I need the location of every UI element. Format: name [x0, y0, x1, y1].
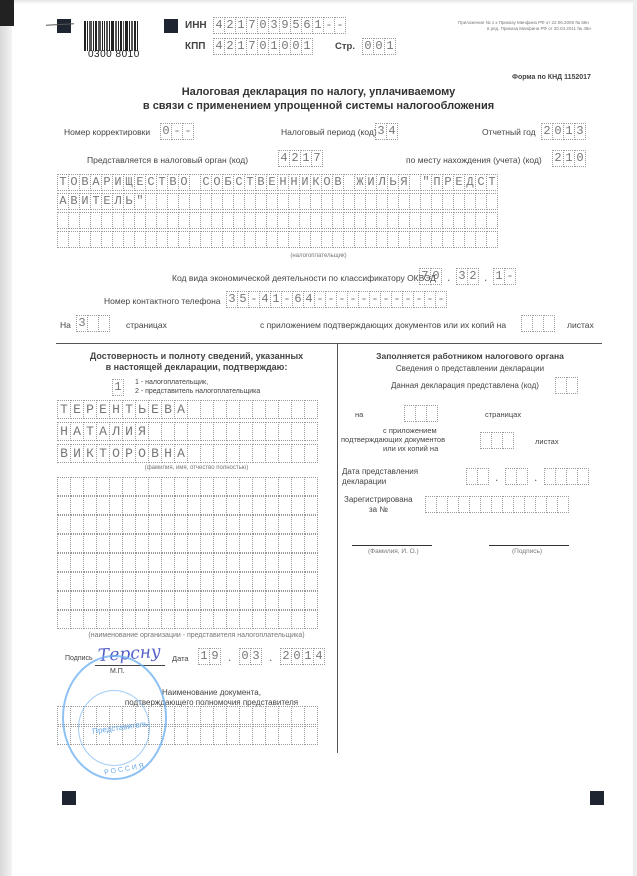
- input-cell[interactable]: [239, 515, 253, 534]
- input-cell[interactable]: [213, 422, 227, 441]
- input-cell[interactable]: [252, 610, 266, 629]
- input-cell[interactable]: [200, 572, 214, 591]
- input-cell[interactable]: [265, 591, 279, 610]
- input-cell[interactable]: [174, 572, 188, 591]
- input-cell[interactable]: Р: [122, 444, 136, 463]
- input-cell[interactable]: [239, 610, 253, 629]
- input-cell[interactable]: [239, 422, 253, 441]
- kpp-field[interactable]: 421701001: [213, 38, 312, 55]
- input-cell[interactable]: [174, 534, 188, 553]
- input-cell[interactable]: [70, 477, 84, 496]
- input-cell[interactable]: Л: [109, 422, 123, 441]
- input-cell[interactable]: [96, 477, 110, 496]
- input-cell[interactable]: [83, 515, 97, 534]
- input-cell[interactable]: [486, 231, 498, 248]
- input-cell[interactable]: [213, 572, 227, 591]
- input-cell[interactable]: Т: [96, 444, 110, 463]
- input-cell[interactable]: [200, 422, 214, 441]
- input-cell[interactable]: [226, 422, 240, 441]
- input-cell[interactable]: [226, 726, 240, 745]
- input-cell[interactable]: [122, 572, 136, 591]
- input-cell[interactable]: [187, 610, 201, 629]
- input-cell[interactable]: [135, 553, 149, 572]
- input-cell[interactable]: [291, 610, 305, 629]
- input-cell[interactable]: [96, 553, 110, 572]
- input-cell[interactable]: [304, 610, 318, 629]
- input-cell[interactable]: [109, 496, 123, 515]
- input-cell[interactable]: 7: [311, 150, 323, 167]
- input-cell[interactable]: И: [70, 444, 84, 463]
- input-cell[interactable]: [291, 534, 305, 553]
- input-cell[interactable]: [226, 591, 240, 610]
- input-cell[interactable]: [426, 405, 438, 422]
- input-cell[interactable]: [291, 400, 305, 419]
- input-cell[interactable]: [291, 706, 305, 725]
- input-cell[interactable]: [278, 496, 292, 515]
- input-cell[interactable]: [278, 553, 292, 572]
- grid-row[interactable]: [57, 572, 317, 591]
- input-cell[interactable]: [174, 553, 188, 572]
- input-cell[interactable]: [98, 315, 110, 332]
- input-cell[interactable]: [83, 572, 97, 591]
- input-cell[interactable]: [278, 444, 292, 463]
- input-cell[interactable]: [265, 515, 279, 534]
- input-cell[interactable]: [265, 444, 279, 463]
- grid-row[interactable]: АВИТЕЛЬ": [57, 193, 497, 210]
- input-cell[interactable]: [174, 496, 188, 515]
- input-cell[interactable]: [187, 444, 201, 463]
- input-cell[interactable]: [148, 572, 162, 591]
- input-cell[interactable]: [304, 400, 318, 419]
- tax-authority-field[interactable]: 4217: [278, 150, 322, 167]
- input-cell[interactable]: [265, 496, 279, 515]
- signer-type-field[interactable]: 1: [112, 379, 123, 396]
- input-cell[interactable]: [278, 515, 292, 534]
- input-cell[interactable]: [278, 477, 292, 496]
- input-cell[interactable]: [213, 553, 227, 572]
- attachments-field[interactable]: [521, 315, 554, 332]
- input-cell[interactable]: [265, 534, 279, 553]
- input-cell[interactable]: [252, 534, 266, 553]
- correction-field[interactable]: 0--: [160, 123, 193, 140]
- cell-group[interactable]: 32: [456, 268, 478, 285]
- input-cell[interactable]: [83, 591, 97, 610]
- input-cell[interactable]: [278, 610, 292, 629]
- input-cell[interactable]: 3: [250, 648, 262, 665]
- tax-period-field[interactable]: 34: [375, 123, 397, 140]
- input-cell[interactable]: О: [109, 444, 123, 463]
- input-cell[interactable]: [57, 515, 71, 534]
- input-cell[interactable]: [148, 591, 162, 610]
- grid-row[interactable]: ВИКТОРОВНА: [57, 444, 317, 463]
- grid-row[interactable]: [57, 591, 317, 610]
- input-cell[interactable]: [265, 477, 279, 496]
- input-cell[interactable]: А: [174, 444, 188, 463]
- input-cell[interactable]: [486, 212, 498, 229]
- input-cell[interactable]: [187, 572, 201, 591]
- input-cell[interactable]: [278, 726, 292, 745]
- input-cell[interactable]: [278, 572, 292, 591]
- input-cell[interactable]: [135, 515, 149, 534]
- grid-row[interactable]: ТЕРЕНТЬЕВА: [57, 400, 317, 419]
- input-cell[interactable]: [109, 534, 123, 553]
- input-cell[interactable]: [148, 515, 162, 534]
- registration-number-field[interactable]: [425, 496, 568, 513]
- input-cell[interactable]: [187, 534, 201, 553]
- cell-group[interactable]: [544, 468, 588, 485]
- input-cell[interactable]: [109, 610, 123, 629]
- input-cell[interactable]: [57, 553, 71, 572]
- input-cell[interactable]: [239, 591, 253, 610]
- input-cell[interactable]: 0: [574, 150, 586, 167]
- input-cell[interactable]: [291, 477, 305, 496]
- input-cell[interactable]: [239, 477, 253, 496]
- input-cell[interactable]: [161, 610, 175, 629]
- input-cell[interactable]: [161, 591, 175, 610]
- inn-field[interactable]: 4217039561--: [213, 17, 345, 34]
- input-cell[interactable]: [161, 553, 175, 572]
- input-cell[interactable]: [278, 400, 292, 419]
- input-cell[interactable]: [291, 444, 305, 463]
- input-cell[interactable]: [57, 610, 71, 629]
- input-cell[interactable]: [304, 515, 318, 534]
- grid-row[interactable]: [57, 477, 317, 496]
- input-cell[interactable]: [96, 534, 110, 553]
- input-cell[interactable]: [174, 515, 188, 534]
- input-cell[interactable]: [566, 377, 578, 394]
- input-cell[interactable]: Е: [70, 400, 84, 419]
- input-cell[interactable]: [278, 591, 292, 610]
- input-cell[interactable]: [96, 591, 110, 610]
- input-cell[interactable]: [213, 477, 227, 496]
- input-cell[interactable]: [226, 444, 240, 463]
- input-cell[interactable]: [122, 610, 136, 629]
- input-cell[interactable]: [304, 553, 318, 572]
- input-cell[interactable]: [109, 477, 123, 496]
- input-cell[interactable]: [213, 534, 227, 553]
- input-cell[interactable]: [70, 553, 84, 572]
- input-cell[interactable]: [70, 515, 84, 534]
- input-cell[interactable]: [161, 572, 175, 591]
- pages-field[interactable]: 3: [76, 315, 109, 332]
- input-cell[interactable]: [213, 515, 227, 534]
- input-cell[interactable]: [122, 496, 136, 515]
- input-cell[interactable]: [57, 496, 71, 515]
- input-cell[interactable]: [161, 422, 175, 441]
- input-cell[interactable]: [516, 468, 528, 485]
- input-cell[interactable]: [291, 496, 305, 515]
- input-cell[interactable]: [148, 610, 162, 629]
- input-cell[interactable]: [213, 444, 227, 463]
- input-cell[interactable]: [252, 477, 266, 496]
- input-cell[interactable]: [57, 572, 71, 591]
- input-cell[interactable]: [252, 726, 266, 745]
- input-cell[interactable]: [265, 422, 279, 441]
- input-cell[interactable]: А: [70, 422, 84, 441]
- input-cell[interactable]: [187, 706, 201, 725]
- input-cell[interactable]: [96, 572, 110, 591]
- input-cell[interactable]: [57, 591, 71, 610]
- input-cell[interactable]: [278, 706, 292, 725]
- input-cell[interactable]: [226, 515, 240, 534]
- input-cell[interactable]: [122, 553, 136, 572]
- grid-row[interactable]: [57, 212, 497, 229]
- input-cell[interactable]: [187, 591, 201, 610]
- grid-row[interactable]: [57, 610, 317, 629]
- input-cell[interactable]: [70, 610, 84, 629]
- input-cell[interactable]: [304, 422, 318, 441]
- input-cell[interactable]: 0: [430, 268, 442, 285]
- input-cell[interactable]: [226, 610, 240, 629]
- input-cell[interactable]: [486, 193, 498, 210]
- input-cell[interactable]: И: [122, 422, 136, 441]
- input-cell[interactable]: [239, 553, 253, 572]
- input-cell[interactable]: -: [504, 268, 516, 285]
- input-cell[interactable]: [304, 706, 318, 725]
- input-cell[interactable]: [239, 572, 253, 591]
- input-cell[interactable]: [174, 610, 188, 629]
- input-cell[interactable]: [477, 468, 489, 485]
- input-cell[interactable]: [135, 534, 149, 553]
- submitted-code-field[interactable]: [555, 377, 577, 394]
- input-cell[interactable]: Т: [83, 422, 97, 441]
- input-cell[interactable]: [252, 515, 266, 534]
- input-cell[interactable]: [291, 726, 305, 745]
- input-cell[interactable]: [304, 534, 318, 553]
- input-cell[interactable]: Т: [486, 174, 498, 191]
- input-cell[interactable]: О: [135, 444, 149, 463]
- input-cell[interactable]: [161, 515, 175, 534]
- grid-row[interactable]: НАТАЛИЯ: [57, 422, 317, 441]
- input-cell[interactable]: [252, 422, 266, 441]
- input-cell[interactable]: Е: [96, 400, 110, 419]
- input-cell[interactable]: [291, 572, 305, 591]
- input-cell[interactable]: В: [57, 444, 71, 463]
- input-cell[interactable]: [57, 477, 71, 496]
- input-cell[interactable]: [252, 444, 266, 463]
- input-cell[interactable]: [304, 496, 318, 515]
- grid-row[interactable]: [57, 231, 497, 248]
- input-cell[interactable]: 4: [313, 648, 325, 665]
- cell-group[interactable]: 03: [239, 648, 261, 665]
- input-cell[interactable]: В: [148, 444, 162, 463]
- input-cell[interactable]: [265, 610, 279, 629]
- input-cell[interactable]: -: [435, 291, 447, 308]
- input-cell[interactable]: [239, 496, 253, 515]
- input-cell[interactable]: [122, 515, 136, 534]
- input-cell[interactable]: [265, 553, 279, 572]
- input-cell[interactable]: [200, 400, 214, 419]
- input-cell[interactable]: [187, 496, 201, 515]
- input-cell[interactable]: Н: [57, 422, 71, 441]
- input-cell[interactable]: [226, 400, 240, 419]
- input-cell[interactable]: [135, 572, 149, 591]
- input-cell[interactable]: [252, 496, 266, 515]
- input-cell[interactable]: В: [161, 400, 175, 419]
- input-cell[interactable]: Т: [122, 400, 136, 419]
- input-cell[interactable]: Ь: [135, 400, 149, 419]
- input-cell[interactable]: [109, 572, 123, 591]
- input-cell[interactable]: -: [334, 17, 346, 34]
- grid-row[interactable]: [57, 534, 317, 553]
- grid-row[interactable]: [57, 553, 317, 572]
- input-cell[interactable]: [122, 477, 136, 496]
- input-cell[interactable]: [502, 432, 514, 449]
- input-cell[interactable]: [252, 553, 266, 572]
- input-cell[interactable]: [83, 496, 97, 515]
- input-cell[interactable]: [174, 422, 188, 441]
- input-cell[interactable]: [226, 477, 240, 496]
- input-cell[interactable]: [135, 496, 149, 515]
- input-cell[interactable]: [239, 706, 253, 725]
- input-cell[interactable]: [304, 444, 318, 463]
- input-cell[interactable]: [252, 572, 266, 591]
- input-cell[interactable]: [252, 400, 266, 419]
- input-cell[interactable]: [200, 515, 214, 534]
- input-cell[interactable]: Н: [109, 400, 123, 419]
- input-cell[interactable]: [135, 591, 149, 610]
- grid-row[interactable]: [57, 515, 317, 534]
- input-cell[interactable]: Т: [57, 400, 71, 419]
- input-cell[interactable]: [226, 534, 240, 553]
- input-cell[interactable]: [200, 553, 214, 572]
- input-cell[interactable]: [304, 726, 318, 745]
- input-cell[interactable]: 2: [467, 268, 479, 285]
- input-cell[interactable]: 4: [386, 123, 398, 140]
- input-cell[interactable]: [70, 572, 84, 591]
- input-cell[interactable]: [557, 496, 569, 513]
- cell-group[interactable]: 19: [198, 648, 220, 665]
- input-cell[interactable]: [83, 534, 97, 553]
- input-cell[interactable]: [83, 477, 97, 496]
- input-cell[interactable]: Я: [135, 422, 149, 441]
- input-cell[interactable]: [83, 610, 97, 629]
- input-cell[interactable]: [291, 591, 305, 610]
- input-cell[interactable]: [213, 610, 227, 629]
- input-cell[interactable]: [252, 591, 266, 610]
- office-attachments-field[interactable]: [480, 432, 513, 449]
- input-cell[interactable]: К: [83, 444, 97, 463]
- input-cell[interactable]: 1: [112, 379, 124, 396]
- input-cell[interactable]: [148, 496, 162, 515]
- input-cell[interactable]: [200, 726, 214, 745]
- input-cell[interactable]: [200, 477, 214, 496]
- cell-group[interactable]: 2014: [280, 648, 324, 665]
- input-cell[interactable]: [304, 477, 318, 496]
- input-cell[interactable]: [122, 534, 136, 553]
- input-cell[interactable]: [304, 591, 318, 610]
- input-cell[interactable]: [291, 553, 305, 572]
- input-cell[interactable]: [109, 515, 123, 534]
- input-cell[interactable]: [543, 315, 555, 332]
- input-cell[interactable]: [148, 477, 162, 496]
- input-cell[interactable]: [161, 496, 175, 515]
- input-cell[interactable]: [226, 553, 240, 572]
- input-cell[interactable]: [187, 422, 201, 441]
- report-year-field[interactable]: 2013: [541, 123, 585, 140]
- input-cell[interactable]: -: [182, 123, 194, 140]
- input-cell[interactable]: [174, 477, 188, 496]
- input-cell[interactable]: [187, 400, 201, 419]
- input-cell[interactable]: [239, 534, 253, 553]
- input-cell[interactable]: [226, 706, 240, 725]
- input-cell[interactable]: [187, 515, 201, 534]
- input-cell[interactable]: [174, 591, 188, 610]
- input-cell[interactable]: [265, 572, 279, 591]
- input-cell[interactable]: [265, 726, 279, 745]
- cell-group[interactable]: 1-: [493, 268, 515, 285]
- input-cell[interactable]: [265, 706, 279, 725]
- input-cell[interactable]: [161, 477, 175, 496]
- grid-row[interactable]: ТОВАРИЩЕСТВОСОБСТВЕННИКОВЖИЛЬЯ"ПРЕДСТ: [57, 174, 497, 191]
- input-cell[interactable]: [70, 534, 84, 553]
- cell-group[interactable]: [466, 468, 488, 485]
- location-field[interactable]: 210: [552, 150, 585, 167]
- input-cell[interactable]: [174, 706, 188, 725]
- input-cell[interactable]: Р: [83, 400, 97, 419]
- input-cell[interactable]: [304, 572, 318, 591]
- office-pages-field[interactable]: [404, 405, 437, 422]
- input-cell[interactable]: [161, 534, 175, 553]
- input-cell[interactable]: [200, 706, 214, 725]
- input-cell[interactable]: [291, 422, 305, 441]
- input-cell[interactable]: [213, 496, 227, 515]
- input-cell[interactable]: [226, 496, 240, 515]
- input-cell[interactable]: [70, 591, 84, 610]
- input-cell[interactable]: [96, 515, 110, 534]
- input-cell[interactable]: [122, 591, 136, 610]
- phone-field[interactable]: 35-41-64------------: [226, 291, 446, 308]
- input-cell[interactable]: А: [96, 422, 110, 441]
- input-cell[interactable]: [187, 726, 201, 745]
- input-cell[interactable]: [148, 422, 162, 441]
- input-cell[interactable]: [200, 496, 214, 515]
- input-cell[interactable]: [135, 610, 149, 629]
- input-cell[interactable]: Е: [148, 400, 162, 419]
- input-cell[interactable]: [200, 610, 214, 629]
- input-cell[interactable]: 1: [301, 38, 313, 55]
- input-cell[interactable]: Н: [161, 444, 175, 463]
- input-cell[interactable]: [200, 591, 214, 610]
- page-number-field[interactable]: 001: [362, 38, 395, 55]
- input-cell[interactable]: 1: [384, 38, 396, 55]
- input-cell[interactable]: [96, 496, 110, 515]
- input-cell[interactable]: [239, 400, 253, 419]
- input-cell[interactable]: [70, 496, 84, 515]
- input-cell[interactable]: [200, 534, 214, 553]
- input-cell[interactable]: [278, 422, 292, 441]
- input-cell[interactable]: [239, 444, 253, 463]
- input-cell[interactable]: [213, 400, 227, 419]
- input-cell[interactable]: [187, 477, 201, 496]
- input-cell[interactable]: [109, 591, 123, 610]
- input-cell[interactable]: [239, 726, 253, 745]
- input-cell[interactable]: [278, 534, 292, 553]
- input-cell[interactable]: [174, 726, 188, 745]
- input-cell[interactable]: [96, 610, 110, 629]
- grid-row[interactable]: [57, 496, 317, 515]
- cell-group[interactable]: [505, 468, 527, 485]
- input-cell[interactable]: [265, 400, 279, 419]
- input-cell[interactable]: [213, 706, 227, 725]
- input-cell[interactable]: [148, 534, 162, 553]
- input-cell[interactable]: [252, 706, 266, 725]
- input-cell[interactable]: А: [174, 400, 188, 419]
- input-cell[interactable]: 9: [209, 648, 221, 665]
- input-cell[interactable]: [291, 515, 305, 534]
- input-cell[interactable]: 3: [574, 123, 586, 140]
- input-cell[interactable]: [200, 444, 214, 463]
